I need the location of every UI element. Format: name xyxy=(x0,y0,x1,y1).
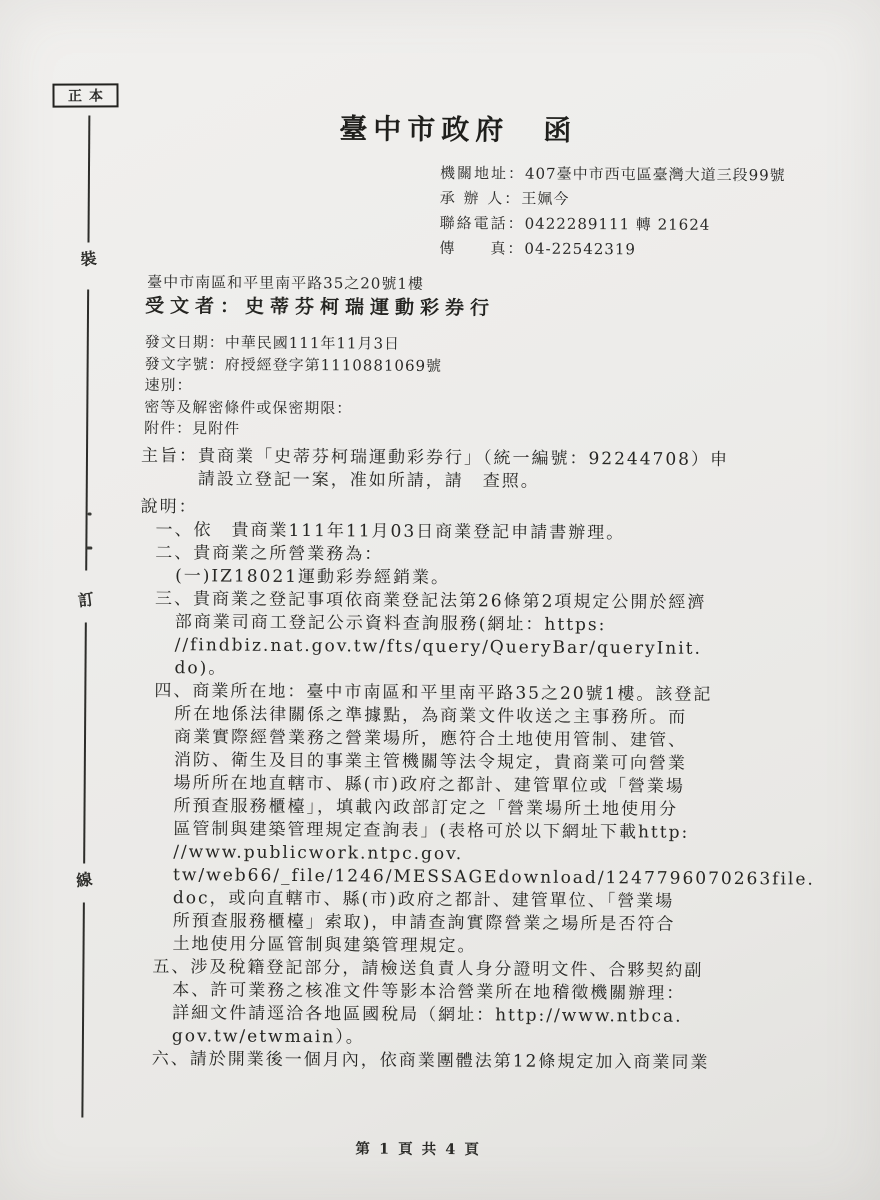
subject-label: 主旨： xyxy=(141,445,198,491)
binding-mark-xian: 線 xyxy=(71,866,98,892)
agency-address-row: 機關地址： 407臺中市西屯區臺灣大道三段99號 xyxy=(440,160,786,187)
explanation-item-5: 五、涉及稅籍登記部分，請檢送負責人身分證明文件、合夥契約副 本、許可業務之核准文… xyxy=(152,956,771,1052)
binding-mark-zhuang: 裝 xyxy=(75,245,102,271)
copy-stamp-label: 正本 xyxy=(61,85,110,105)
dispatch-meta-block: 發文日期：中華民國111年11月3日 發文字號：府授經登字第1110881069… xyxy=(144,332,442,442)
explanation-item-3: 三、貴商業之登記事項依商業登記法第26條第2項規定公開於經濟 部商業司商工登記公… xyxy=(154,588,773,684)
agency-phone-value: 0422289111 轉 21624 xyxy=(525,213,711,235)
agency-info-block: 機關地址： 407臺中市西屯區臺灣大道三段99號 承 辦 人： 王姵今 聯絡電話… xyxy=(439,160,785,262)
binding-line-segment-2 xyxy=(85,290,89,571)
recipient-line: 受文者：史蒂芬柯瑞運動彩券行 xyxy=(145,291,495,320)
explanation-item-2: 二、貴商業之所營業務為： (一)IZ18021運動彩券經銷業。 xyxy=(155,542,773,592)
subject-text: 貴商業「史蒂芬柯瑞運動彩券行」（統一編號：92244708）申 請設立登記一案，… xyxy=(198,445,729,495)
agency-address-value: 407臺中市西屯區臺灣大道三段99號 xyxy=(525,163,786,186)
agency-contact-person-value: 王姵今 xyxy=(521,188,569,209)
scanned-official-letter: 正本 裝 訂 線 臺中市政府 函 機關地址： 407臺中市西屯區臺灣大道三段99… xyxy=(0,0,880,1200)
binding-line-segment-3 xyxy=(83,623,87,864)
explanation-block: 說明： 一、依 貴商業111年11月03日商業登記申請書辦理。 二、貴商業之所營… xyxy=(137,496,774,1075)
agency-phone-label: 聯絡電話： xyxy=(440,212,525,234)
explanation-item-6: 六、請於開業後一個月內，依商業團體法第12條規定加入商業同業 xyxy=(152,1048,770,1075)
agency-contact-person-label: 承 辦 人： xyxy=(440,187,522,209)
agency-fax-row: 傳 真： 04-22542319 xyxy=(439,235,785,262)
scan-speck xyxy=(86,547,92,550)
agency-fax-label: 傳 真： xyxy=(439,237,524,259)
copy-stamp-box: 正本 xyxy=(52,83,118,107)
agency-fax-value: 04-22542319 xyxy=(524,239,636,258)
agency-address-label: 機關地址： xyxy=(440,162,525,184)
subject-block: 主旨： 貴商業「史蒂芬柯瑞運動彩券行」（統一編號：92244708）申 請設立登… xyxy=(141,445,729,495)
agency-contact-person-row: 承 辦 人： 王姵今 xyxy=(440,185,786,212)
agency-phone-row: 聯絡電話： 0422289111 轉 21624 xyxy=(440,210,786,237)
explanation-items: 一、依 貴商業111年11月03日商業登記申請書辦理。 二、貴商業之所營業務為：… xyxy=(152,519,774,1075)
letter-sheet: 正本 裝 訂 線 臺中市政府 函 機關地址： 407臺中市西屯區臺灣大道三段99… xyxy=(0,0,880,1200)
page-number-indicator: 第 1 頁 共 4 頁 xyxy=(0,1135,858,1162)
binding-mark-ding: 訂 xyxy=(73,586,100,612)
scan-speck xyxy=(88,513,92,516)
explanation-item-4: 四、商業所在地：臺中市南區和平里南平路35之20號1樓。該登記 所在地係法律關係… xyxy=(153,680,773,960)
binding-line-segment-4 xyxy=(81,903,85,1118)
document-title: 臺中市政府 函 xyxy=(18,105,880,151)
